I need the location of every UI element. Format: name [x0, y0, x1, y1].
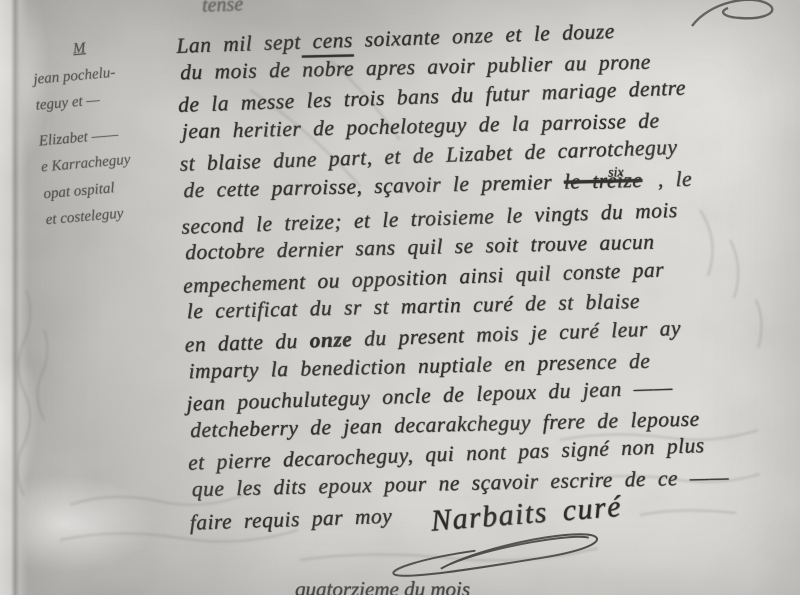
struck-out-word: le treize — [564, 168, 643, 194]
month-abbreviation: nobre — [302, 56, 354, 81]
margin-note-mark: M — [72, 35, 87, 62]
page-fold-edge — [0, 0, 28, 595]
line-text: , le — [658, 167, 693, 192]
line-text: en datte du — [184, 328, 310, 356]
closing-formula: faire requis par moy — [189, 501, 392, 537]
next-entry-partial-line: quatorzieme du mois — [295, 577, 470, 595]
line-text: de cette parroisse, sçavoir le premier — [183, 170, 564, 203]
margin-note: M jean pochelu- teguy et — Elizabet —— e… — [30, 27, 196, 234]
act-text: Lan mil sept cens soixante onze et le do… — [176, 13, 800, 536]
interlinear-correction: six — [608, 165, 624, 180]
previous-entry-partial-line: tense — [202, 0, 244, 18]
overwritten-word: onze — [309, 327, 352, 352]
line-text: du mois de — [180, 57, 303, 84]
manuscript-photo: tense M jean pochelu- teguy et — Elizabe… — [0, 0, 800, 595]
